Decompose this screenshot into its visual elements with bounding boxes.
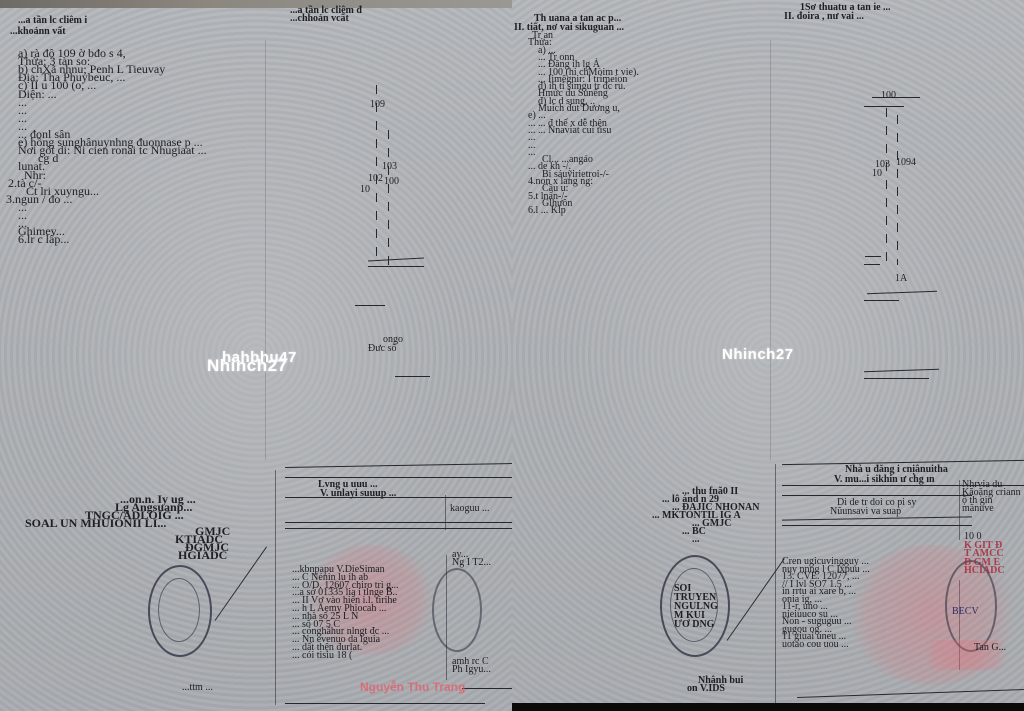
signature-stroke: [727, 558, 785, 640]
plot-boundary: [864, 264, 880, 265]
plot-boundary: [865, 256, 881, 257]
text-line: Muich đut Dương u,: [538, 102, 620, 115]
text-line: HCIADC: [964, 564, 1005, 577]
plot-boundary: [867, 291, 937, 294]
plot-number: 1094: [896, 156, 916, 169]
header-line: ...chhoản vcất: [290, 12, 349, 25]
page-fold: [770, 40, 771, 460]
plot-mark: [864, 378, 929, 379]
cell-text: Ng I T2...: [452, 556, 491, 569]
background-edge: [0, 0, 512, 8]
table-border: [285, 463, 512, 468]
text-line: ...: [692, 533, 700, 546]
text-line: ...: [528, 146, 536, 159]
table-border: [462, 688, 512, 689]
header-line: II. đoira , nư vai ...: [784, 10, 864, 23]
plot-number: 10: [872, 167, 882, 180]
plot-boundary: [864, 300, 899, 301]
official-stamp: [432, 568, 482, 652]
plot-mark: [395, 376, 430, 377]
table-border: [782, 525, 972, 526]
table-border: [797, 689, 1024, 698]
watermark-text: Nhinch27: [207, 357, 288, 374]
text-line: 6.l ... Klp: [528, 204, 566, 217]
table-border: [285, 528, 512, 529]
plot-mark: [864, 369, 939, 373]
right-certificate-page: Th uana a tan ac p... II. tiất, nơ vai s…: [512, 0, 1024, 711]
plot-number: 100: [384, 175, 399, 188]
watermark-text: Nhinch27: [722, 346, 794, 363]
plot-boundary: [368, 266, 424, 267]
plot-boundary: [872, 97, 920, 98]
plot-number: 1A: [895, 272, 907, 285]
plot-boundary: [886, 108, 887, 263]
table-cell: kaoguu ...: [450, 502, 489, 515]
plot-boundary: [897, 115, 898, 265]
table-border: [782, 516, 972, 520]
page-fold: [265, 40, 266, 460]
text-line: ... cói tisiu 18 (: [292, 649, 352, 662]
stamp-text: BECV: [952, 605, 979, 618]
text-line: mãnuve: [962, 502, 994, 515]
text-line: ... ... Nnaviat cui tisu: [528, 124, 611, 137]
text-line: SOAL UN MHUIONII LI...: [25, 517, 166, 530]
table-border: [775, 464, 776, 704]
plot-mark: [355, 305, 385, 306]
table-border: [445, 495, 446, 530]
table-border: [285, 497, 512, 498]
plot-label: Đưc số: [368, 342, 396, 355]
text-line: ƯƠ DNG: [674, 618, 714, 631]
photo-edge: [512, 703, 1024, 711]
table-border: [285, 522, 512, 523]
footer-text: ...ttm ...: [182, 681, 213, 694]
plot-number: 100: [881, 89, 896, 102]
text-line: uotao cou uou ...: [782, 638, 849, 651]
table-cell: Nũunsavi va suap: [830, 505, 901, 518]
plot-number: 10: [360, 183, 370, 196]
table-border: [285, 703, 485, 704]
plot-number: 109: [370, 98, 385, 111]
table-header: V. unlayi suuup ...: [320, 487, 396, 500]
plot-number: 102: [368, 172, 383, 185]
official-stamp: [158, 578, 200, 642]
red-signature-name: Nguyễn Thu Trang: [360, 680, 465, 694]
header-line: II. tiất, nơ vai sikuguan ...: [514, 21, 624, 34]
plot-boundary: [864, 106, 904, 107]
footer-text: Tan G...: [974, 641, 1006, 654]
text-line: HGIADC: [178, 549, 227, 562]
footer-text: on V.IDS: [687, 682, 725, 695]
table-border: [959, 480, 960, 540]
header-line: ...khoảnn vất: [10, 25, 66, 38]
plot-number: 103: [382, 160, 397, 173]
plot-boundary: [388, 130, 389, 265]
text-line: 3.ngun / đo ...: [6, 193, 72, 206]
text-line: 6.lr c lấp...: [18, 233, 69, 246]
left-certificate-page: ...a tần lc cliêm i ...khoảnn vất ...a t…: [0, 0, 512, 711]
cell-text: Ph Igyu...: [452, 663, 491, 676]
table-border: [275, 470, 276, 705]
